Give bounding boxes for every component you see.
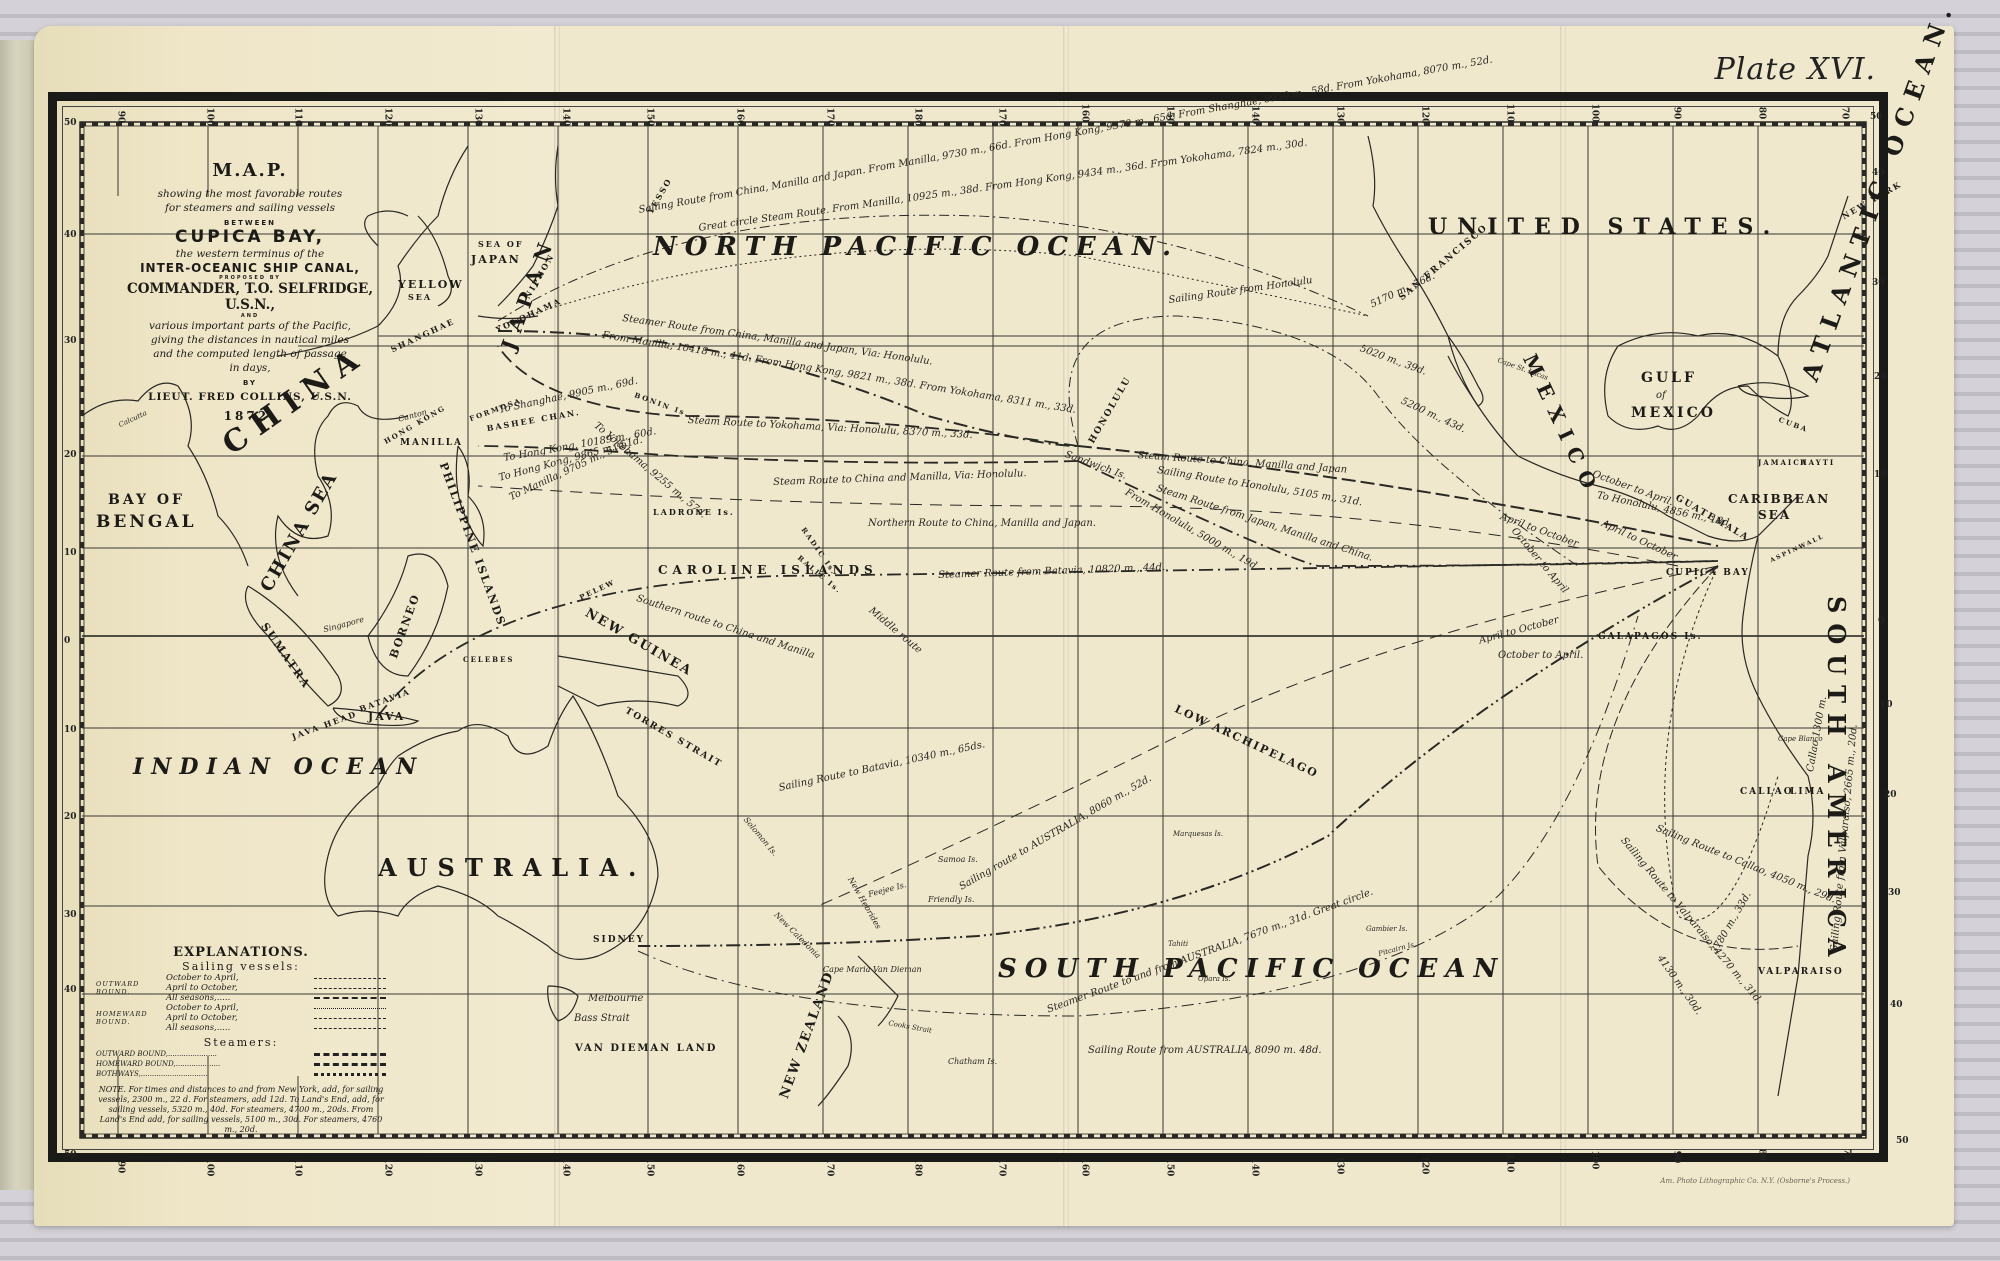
tick-left: 20 xyxy=(64,450,77,460)
legend-row-label: OUTWARD BOUND,...................... xyxy=(96,1050,310,1058)
tick-top: 90 xyxy=(1671,107,1681,120)
place-manilla: MANILLA xyxy=(400,439,463,448)
label-indian-ocean: INDIAN OCEAN xyxy=(133,756,424,778)
title-author: LIEUT. FRED COLLINS, U.S.N. xyxy=(120,391,380,403)
tick-left: 50 xyxy=(64,1150,77,1160)
title-desc1: various important parts of the Pacific, xyxy=(120,319,380,333)
tick-top: 110 xyxy=(1504,104,1514,123)
title-canal: INTER-OCEANIC SHIP CANAL, xyxy=(120,261,380,275)
tick-bottom: 110 xyxy=(292,1158,302,1177)
tick-right: 0 xyxy=(1878,616,1884,626)
label-north-pacific: NORTH PACIFIC OCEAN. xyxy=(653,234,1179,260)
tick-bottom: 150 xyxy=(644,1158,654,1177)
label-sea-of-japan-2: JAPAN xyxy=(471,254,521,265)
title-line2: for steamers and sailing vessels xyxy=(120,201,380,215)
tick-top: 70 xyxy=(1839,107,1849,120)
legend-row: BOTHWAYS,.............................. xyxy=(96,1069,386,1079)
place-cape-maria: Cape Maria Van Dieman xyxy=(823,966,922,974)
title-by: BY xyxy=(120,379,380,387)
legend-sailing-header: Sailing vessels: xyxy=(96,960,386,973)
tick-top: 170 xyxy=(824,108,834,127)
tick-left: 0 xyxy=(64,636,70,646)
tick-right: 40 xyxy=(1890,1000,1903,1010)
place-samoa: Samoa Is. xyxy=(938,856,978,864)
title-map: M.A.P. xyxy=(120,160,380,181)
place-chatham: Chatham Is. xyxy=(948,1058,997,1066)
legend-row-label: April to October, xyxy=(166,1013,310,1023)
place-galapagos: GALAPAGOS Is. xyxy=(1598,633,1703,642)
tick-top: 160 xyxy=(1079,104,1089,123)
tick-bottom: 180 xyxy=(912,1158,922,1177)
label-van-dieman-land: VAN DIEMAN LAND xyxy=(575,1044,717,1054)
tick-top: 100 xyxy=(1589,104,1599,123)
legend-row: HOMEWARD BOUND.April to October, xyxy=(96,1013,386,1023)
tick-top: 170 xyxy=(996,108,1006,127)
printer-credit: Am. Photo Lithographic Co. N.Y. (Osborne… xyxy=(1660,1177,1850,1185)
title-cupica-bay: CUPICA BAY, xyxy=(120,227,380,247)
tick-bottom: 140 xyxy=(560,1158,570,1177)
legend-row-label: BOTHWAYS,.............................. xyxy=(96,1070,310,1078)
tick-left: 30 xyxy=(64,336,77,346)
place-sidney: SIDNEY xyxy=(593,936,645,945)
tick-bottom: 130 xyxy=(472,1158,482,1177)
tick-left: 10 xyxy=(64,548,77,558)
legend-row-label: All seasons,..... xyxy=(166,993,310,1003)
tick-top: 100 xyxy=(204,108,214,127)
label-bay-of-bengal-1: BAY OF xyxy=(108,493,185,507)
legend-line-sample xyxy=(314,1073,386,1076)
route-label: Northern Route to China, Manilla and Jap… xyxy=(868,519,1096,529)
tick-top: 80 xyxy=(1756,107,1766,120)
title-desc2: giving the distances in nautical miles xyxy=(120,333,380,347)
place-gambier: Gambier Is. xyxy=(1366,926,1407,933)
legend-steamers-header: Steamers: xyxy=(96,1036,386,1049)
place-opara: Opara Is. xyxy=(1198,976,1231,983)
legend-title: EXPLANATIONS. xyxy=(96,945,386,960)
label-caribbean-1: CARIBBEAN xyxy=(1728,493,1830,505)
tick-bottom: 120 xyxy=(1419,1156,1429,1175)
tick-right: 20 xyxy=(1874,372,1887,382)
place-bass-strait: Bass Strait xyxy=(574,1014,630,1024)
tick-top: 120 xyxy=(1419,106,1429,125)
tick-top: 130 xyxy=(472,108,482,127)
tick-left: 50 xyxy=(64,118,77,128)
legend-explanations: EXPLANATIONS. Sailing vessels: October t… xyxy=(96,945,386,1135)
legend-homeward-label: HOMEWARD BOUND. xyxy=(96,1010,166,1026)
title-commander: COMMANDER, T.O. SELFRIDGE, U.S.N., xyxy=(120,281,380,313)
legend-row-label: HOMEWARD BOUND,.................... xyxy=(96,1060,310,1068)
tick-bottom: 170 xyxy=(824,1158,834,1177)
tick-top: 140 xyxy=(560,108,570,127)
legend-line-sample xyxy=(314,1063,386,1066)
place-friendly: Friendly Is. xyxy=(928,896,974,904)
legend-row-label: April to October, xyxy=(166,983,310,993)
tick-bottom: 170 xyxy=(996,1158,1006,1177)
legend-outward-label: OUTWARD BOUND. xyxy=(96,980,166,996)
tick-top: 150 xyxy=(1164,106,1174,125)
label-australia: AUSTRALIA. xyxy=(378,856,646,880)
legend-line-sample xyxy=(314,978,386,979)
title-western: the western terminus of the xyxy=(120,247,380,261)
tick-bottom: 80 xyxy=(1756,1149,1766,1162)
tick-bottom: 130 xyxy=(1334,1156,1344,1175)
tick-top: 130 xyxy=(1334,106,1344,125)
legend-line-sample xyxy=(314,1018,386,1019)
tick-bottom: 100 xyxy=(1589,1151,1599,1170)
legend-row: HOMEWARD BOUND,.................... xyxy=(96,1059,386,1069)
label-java: JAVA xyxy=(368,711,405,722)
title-desc4: in days, xyxy=(120,361,380,375)
legend-row-label: All seasons,..... xyxy=(166,1023,310,1033)
tick-top: 90 xyxy=(115,111,125,124)
legend-line-sample xyxy=(314,1053,386,1056)
legend-line-sample xyxy=(314,988,386,989)
place-cupica-bay: CUPICA BAY xyxy=(1666,569,1750,578)
title-line1: showing the most favorable routes xyxy=(120,187,380,201)
tick-top: 150 xyxy=(644,108,654,127)
tick-bottom: 90 xyxy=(1671,1151,1681,1164)
legend-row-label: October to April, xyxy=(166,973,310,983)
legend-row: OUTWARD BOUND,...................... xyxy=(96,1049,386,1059)
route-label: Sailing Route from AUSTRALIA, 8090 m. 48… xyxy=(1088,1046,1322,1056)
tick-bottom: 100 xyxy=(204,1158,214,1177)
legend-line-sample xyxy=(314,1028,386,1029)
label-yellow-sea-1: YELLOW xyxy=(398,279,464,290)
tick-bottom: 110 xyxy=(1504,1154,1514,1173)
place-lima: LIMA xyxy=(1790,788,1825,797)
tick-top: 160 xyxy=(734,108,744,127)
title-year: 1872. xyxy=(120,409,380,423)
tick-bottom: 160 xyxy=(1079,1158,1089,1177)
place-marquesas: Marquesas Is. xyxy=(1173,831,1223,838)
legend-note: NOTE. For times and distances to and fro… xyxy=(96,1085,386,1135)
tick-right: 50 xyxy=(1870,112,1883,122)
tick-bottom: 150 xyxy=(1164,1158,1174,1177)
label-south-pacific: SOUTH PACIFIC OCEAN xyxy=(998,956,1505,982)
tick-left: 20 xyxy=(64,812,77,822)
tick-bottom: 160 xyxy=(734,1158,744,1177)
tick-bottom: 120 xyxy=(382,1158,392,1177)
tick-top: 110 xyxy=(292,108,302,127)
tick-top: 120 xyxy=(382,108,392,127)
title-between: BETWEEN xyxy=(120,219,380,227)
tick-left: 30 xyxy=(64,910,77,920)
label-yellow-sea-2: SEA xyxy=(408,293,432,301)
tick-bottom: 140 xyxy=(1249,1158,1259,1177)
label-gulf-2: of xyxy=(1656,391,1666,401)
legend-row-label: October to April, xyxy=(166,1003,310,1013)
place-celebes: CELEBES xyxy=(463,656,514,663)
tick-right: 20 xyxy=(1884,790,1897,800)
title-desc3: and the computed length of passage xyxy=(120,347,380,361)
tick-bottom: 90 xyxy=(115,1161,125,1174)
tick-right: 50 xyxy=(1896,1136,1909,1146)
label-sea-of-japan-1: SEA OF xyxy=(478,240,524,248)
place-hayti: HAYTI xyxy=(1800,459,1835,466)
tick-right: 40 xyxy=(1872,168,1885,178)
label-caribbean-2: SEA xyxy=(1758,509,1791,521)
label-bay-of-bengal-2: BENGAL xyxy=(96,514,197,531)
tick-bottom: 70 xyxy=(1841,1149,1851,1162)
tick-right: 30 xyxy=(1872,278,1885,288)
tick-left: 40 xyxy=(64,985,77,995)
tick-right: 10 xyxy=(1874,470,1887,480)
legend-row: OUTWARD BOUND.April to October, xyxy=(96,983,386,993)
legend-line-sample xyxy=(314,1008,386,1009)
route-label: October to April. xyxy=(1498,651,1583,661)
tick-top: 180 xyxy=(912,108,922,127)
tick-left: 40 xyxy=(64,230,77,240)
place-melbourne: Melbourne xyxy=(588,994,643,1004)
plate-label: Plate XVI. xyxy=(1715,52,1876,87)
place-callao: CALLAO xyxy=(1740,788,1794,797)
map-title-block: M.A.P. showing the most favorable routes… xyxy=(120,160,380,423)
tick-left: 10 xyxy=(64,725,77,735)
label-gulf-3: MEXICO xyxy=(1631,406,1716,420)
legend-line-sample xyxy=(314,997,386,999)
place-tahiti: Tahiti xyxy=(1168,941,1188,948)
tick-right: 30 xyxy=(1888,888,1901,898)
label-gulf-1: GULF xyxy=(1641,371,1697,385)
place-valparaiso: VALPARAISO xyxy=(1758,968,1844,977)
tick-right: 10 xyxy=(1880,700,1893,710)
tick-top: 140 xyxy=(1249,106,1259,125)
label-caroline-islands: CAROLINE ISLANDS xyxy=(658,564,878,576)
